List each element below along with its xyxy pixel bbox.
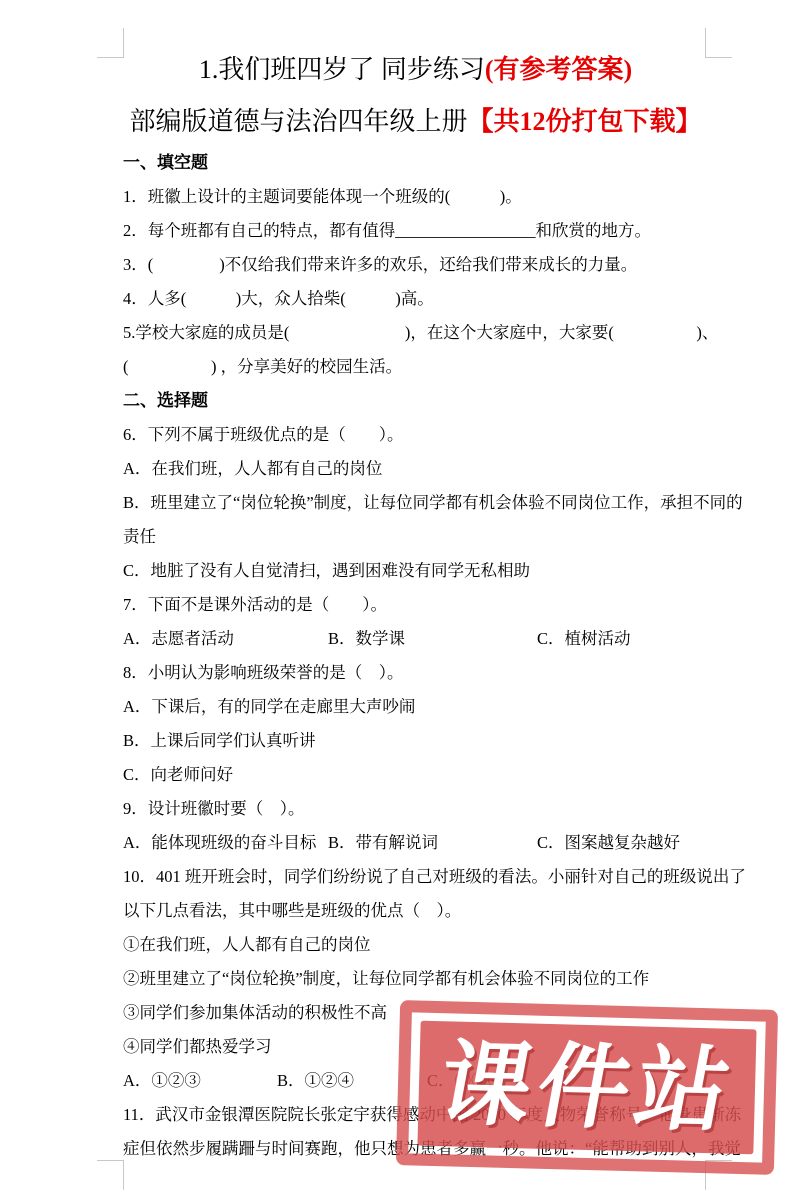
question-8: 8．小明认为影响班级荣誉的是（ ）。 bbox=[123, 656, 723, 690]
page-title: 1.我们班四岁了 同步练习(有参考答案) bbox=[123, 50, 708, 90]
question-7-option-b: B．数学课 bbox=[328, 622, 537, 656]
page-title-main: 1.我们班四岁了 同步练习 bbox=[199, 55, 485, 84]
question-10-option-c: C．①③④ bbox=[427, 1064, 504, 1098]
question-9-option-c: C．图案越复杂越好 bbox=[537, 826, 680, 860]
question-9-option-b: B．带有解说词 bbox=[328, 826, 537, 860]
question-11-line-1: 11．武汉市金银潭医院院长张定宇获得感动中国 2020 年度人物荣誉称号。他身患… bbox=[123, 1098, 723, 1132]
question-1: 1．班徽上设计的主题词要能体现一个班级的( )。 bbox=[123, 180, 723, 214]
page-title-answers-note: (有参考答案) bbox=[485, 55, 632, 84]
question-10-item-3: ③同学们参加集体活动的积极性不高 bbox=[123, 996, 723, 1030]
question-5-line-2: ( ) ，分享美好的校园生活。 bbox=[123, 350, 723, 384]
question-10-option-a: A．①②③ bbox=[123, 1064, 277, 1098]
question-8-option-b: B．上课后同学们认真听讲 bbox=[123, 724, 723, 758]
question-7-option-c: C．植树活动 bbox=[537, 622, 631, 656]
text-boundary-mark-bottom-left bbox=[97, 1160, 124, 1190]
section-1-heading: 一、填空题 bbox=[123, 146, 723, 180]
question-10-item-2: ②班里建立了“岗位轮换”制度，让每位同学都有机会体验不同岗位的工作 bbox=[123, 962, 723, 996]
worksheet-body: 一、填空题 1．班徽上设计的主题词要能体现一个班级的( )。 2．每个班都有自己… bbox=[123, 146, 723, 1166]
question-7-options: A．志愿者活动B．数学课C．植树活动 bbox=[123, 622, 723, 656]
question-10-option-b: B．①②④ bbox=[277, 1064, 427, 1098]
question-3: 3．( )不仅给我们带来许多的欢乐，还给我们带来成长的力量。 bbox=[123, 248, 723, 282]
question-4: 4．人多( )大，众人拾柴( )高。 bbox=[123, 282, 723, 316]
worksheet-page: { "title": { "line1_main": "1.我们班四岁了 同步练… bbox=[0, 0, 800, 1200]
question-8-option-a: A．下课后，有的同学在走廊里大声吵闹 bbox=[123, 690, 723, 724]
text-boundary-mark-top-left bbox=[97, 28, 124, 58]
page-subtitle-main: 部编版道德与法治四年级上册 bbox=[129, 107, 467, 136]
question-6-option-b-line-1: B．班里建立了“岗位轮换”制度，让每位同学都有机会体验不同岗位工作，承担不同的 bbox=[123, 486, 723, 520]
question-9-option-a: A．能体现班级的奋斗目标 bbox=[123, 826, 328, 860]
question-9: 9．设计班徽时要（ ）。 bbox=[123, 792, 723, 826]
question-6-option-a: A．在我们班，人人都有自己的岗位 bbox=[123, 452, 723, 486]
question-7-option-a: A．志愿者活动 bbox=[123, 622, 328, 656]
question-8-option-c: C．向老师问好 bbox=[123, 758, 723, 792]
text-boundary-mark-top-right bbox=[705, 28, 732, 58]
title-block: 1.我们班四岁了 同步练习(有参考答案) 部编版道德与法治四年级上册【共12份打… bbox=[123, 50, 708, 142]
question-10-line-2: 以下几点看法，其中哪些是班级的优点（ ）。 bbox=[123, 894, 723, 928]
page-subtitle: 部编版道德与法治四年级上册【共12份打包下载】 bbox=[123, 102, 708, 142]
question-2: 2．每个班都有自己的特点，都有值得_________________和欣赏的地方… bbox=[123, 214, 723, 248]
question-6: 6．下列不属于班级优点的是（ ）。 bbox=[123, 418, 723, 452]
section-2-heading: 二、选择题 bbox=[123, 384, 723, 418]
question-6-option-b-line-2: 责任 bbox=[123, 520, 723, 554]
question-9-options: A．能体现班级的奋斗目标B．带有解说词C．图案越复杂越好 bbox=[123, 826, 723, 860]
question-10-line-1: 10．401 班开班会时，同学们纷纷说了自己对班级的看法。小丽针对自己的班级说出… bbox=[123, 860, 723, 894]
page-subtitle-bundle-note: 【共12份打包下载】 bbox=[468, 107, 702, 136]
question-10-options: A．①②③B．①②④C．①③④ bbox=[123, 1064, 723, 1098]
question-6-option-c: C．地脏了没有人自觉清扫，遇到困难没有同学无私相助 bbox=[123, 554, 723, 588]
question-10-item-4: ④同学们都热爱学习 bbox=[123, 1030, 723, 1064]
question-5-line-1: 5.学校大家庭的成员是( )，在这个大家庭中，大家要( )、 bbox=[123, 316, 723, 350]
question-7: 7．下面不是课外活动的是（ ）。 bbox=[123, 588, 723, 622]
question-11-line-2: 症但依然步履蹒跚与时间赛跑，他只想为患者多赢一秒。他说：“能帮助到别人，我觉 bbox=[123, 1132, 723, 1166]
question-10-item-1: ①在我们班，人人都有自己的岗位 bbox=[123, 928, 723, 962]
